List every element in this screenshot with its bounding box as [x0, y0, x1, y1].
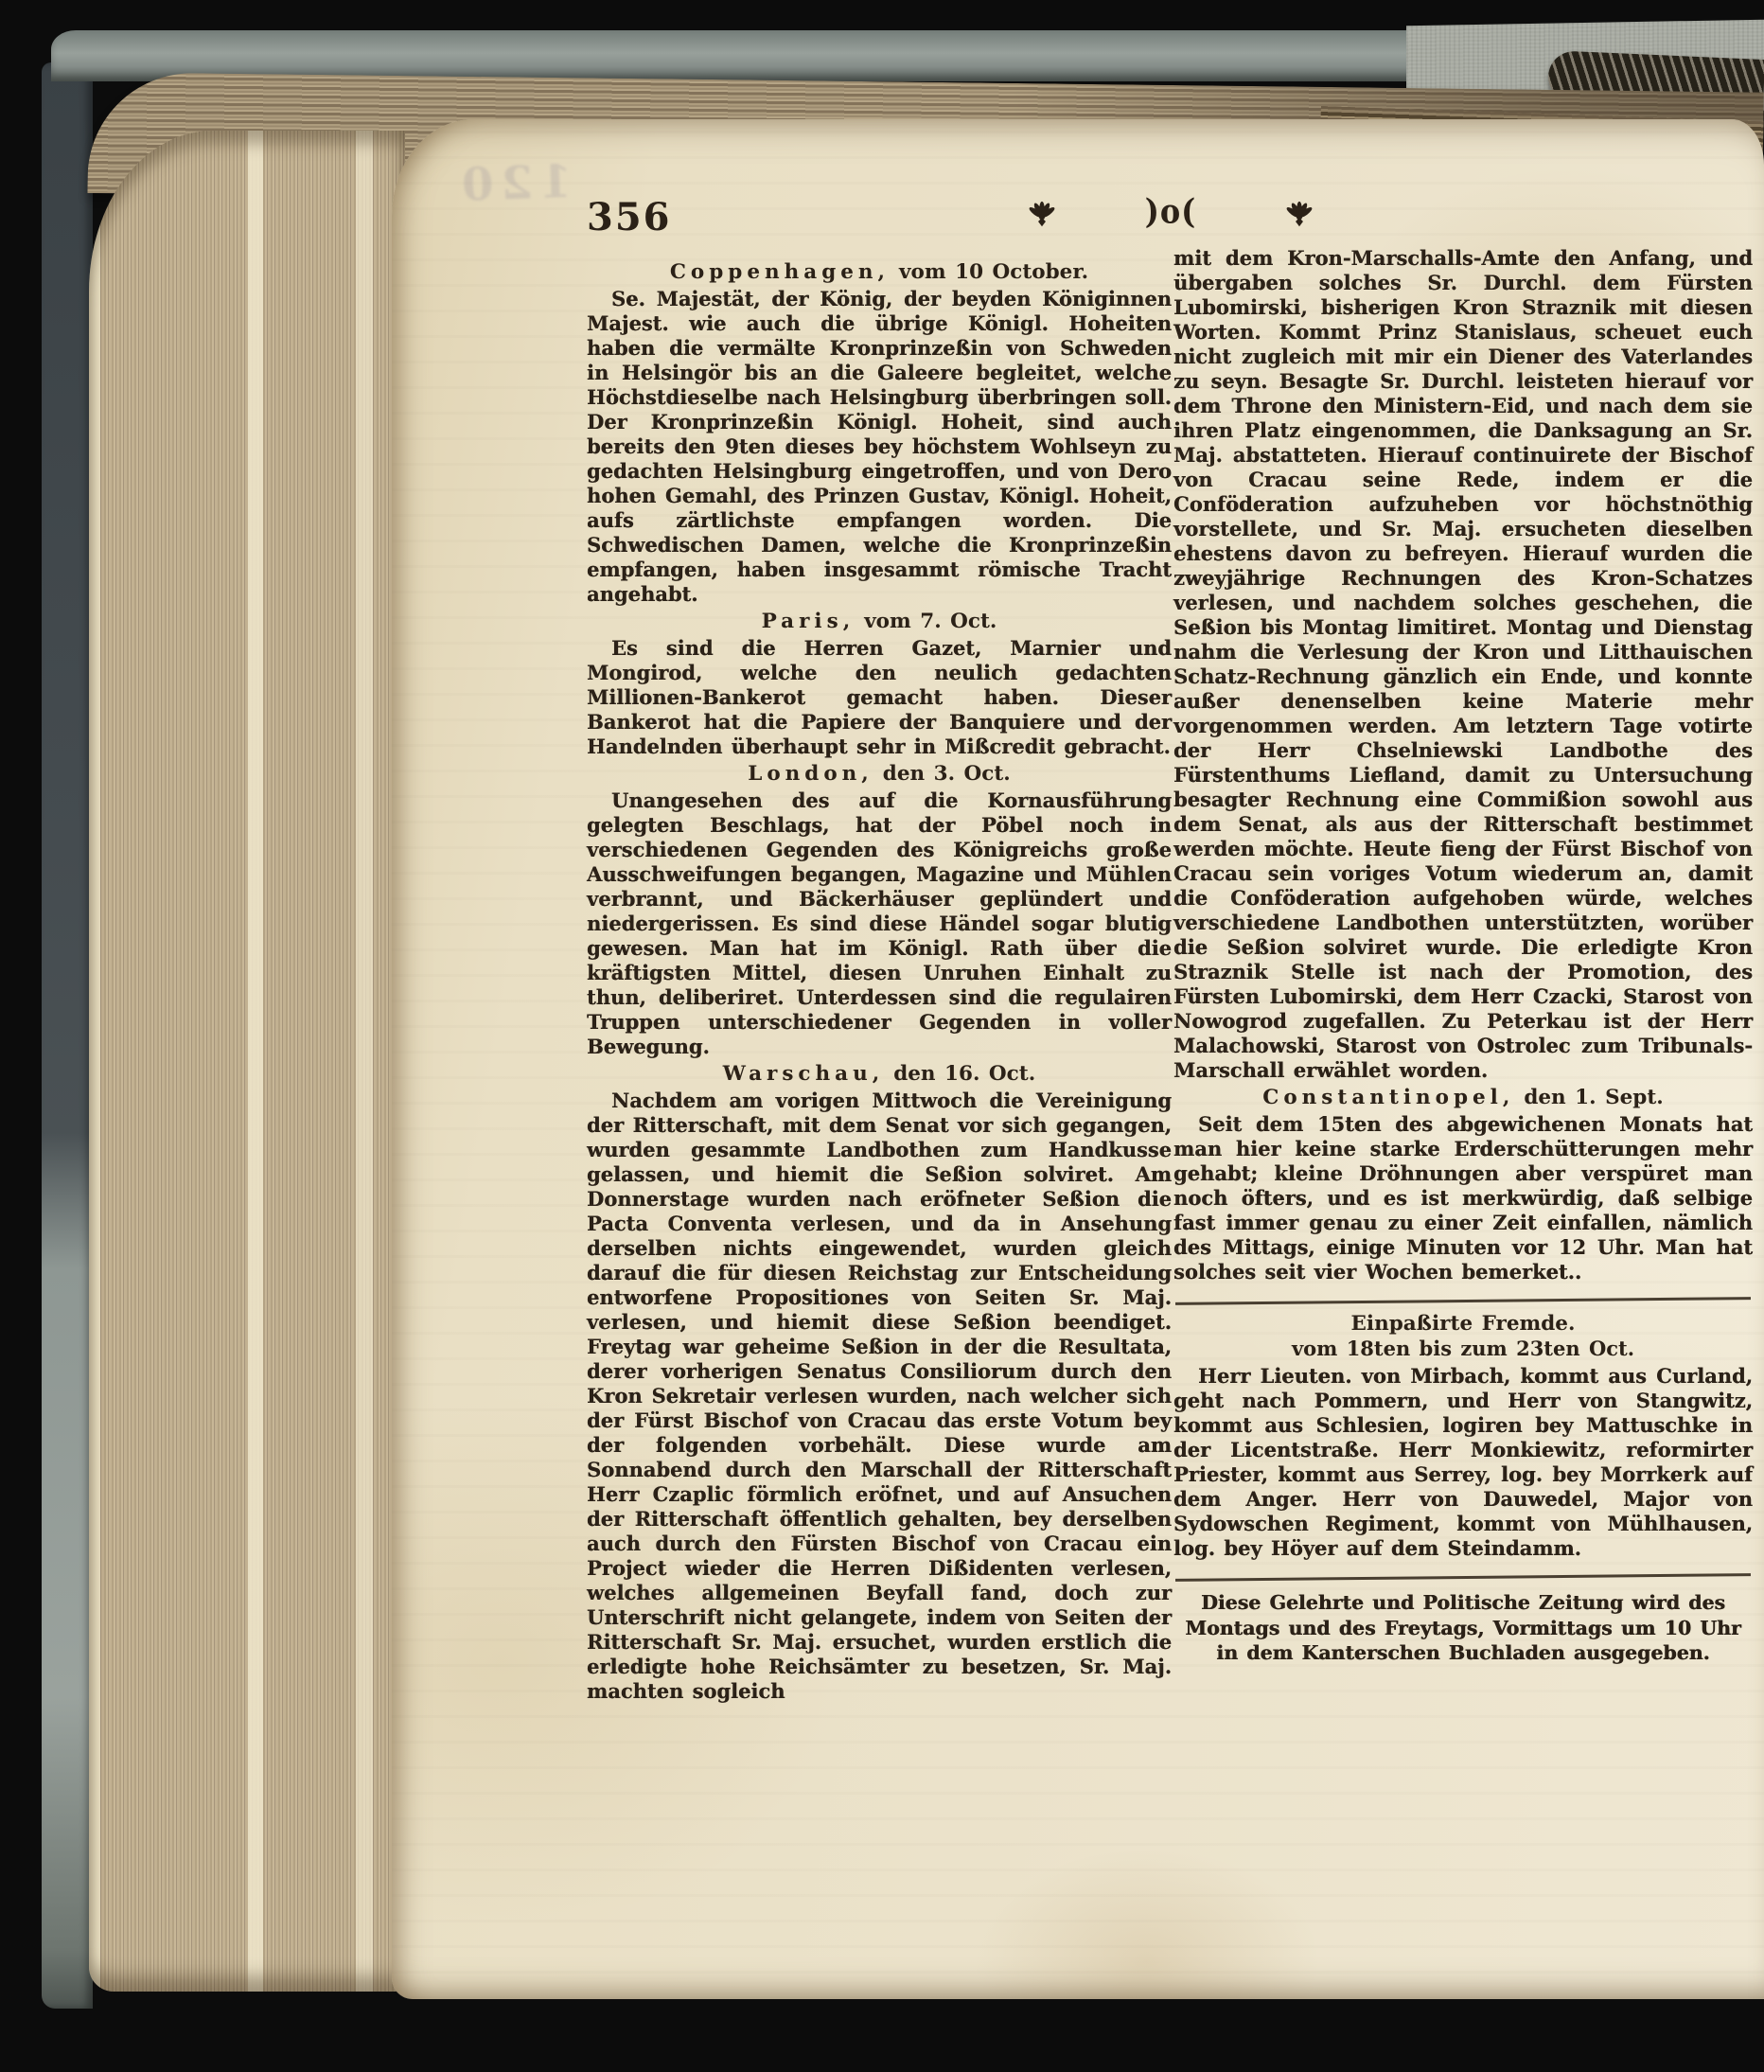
section-divider — [1175, 1573, 1751, 1582]
dateline-date: den 3. Oct. — [883, 762, 1011, 786]
article-heading: Warschau,den 16. Oct. — [587, 1062, 1172, 1087]
arrivals-date-range: vom 18ten bis zum 23ten Oct. — [1173, 1337, 1753, 1361]
article-coppenhagen: Coppenhagen,vom 10 October. Se. Majestät… — [587, 260, 1172, 607]
publisher-imprint: Diese Gelehrte und Politische Zeitung wi… — [1185, 1590, 1741, 1666]
ornament-separator: )o( — [1145, 191, 1197, 232]
article-heading: Constantinopel,den 1. Sept. — [1173, 1086, 1753, 1110]
dateline-date: vom 10 October. — [899, 260, 1088, 284]
page-number: 356 — [587, 195, 672, 239]
fleuron-icon — [1278, 190, 1321, 232]
article-body: Unangesehen des auf die Kornausführung g… — [587, 788, 1172, 1059]
dateline-date: den 16. Oct. — [893, 1062, 1035, 1086]
article-heading: Paris,vom 7. Oct. — [587, 610, 1172, 634]
article-body: Nachdem am vorigen Mittwoch die Vereinig… — [587, 1089, 1172, 1704]
dateline-city: Warschau, — [723, 1062, 884, 1086]
article-body: Es sind die Herren Gazet, Marnier und Mo… — [587, 636, 1172, 759]
dateline-date: vom 7. Oct. — [864, 610, 997, 633]
arrivals-section: Einpaßirte Fremde. vom 18ten bis zum 23t… — [1173, 1312, 1753, 1561]
dateline-city: Paris, — [762, 610, 856, 633]
section-divider — [1175, 1297, 1751, 1305]
book-page: 120 356 )o( — [392, 119, 1764, 1999]
bleed-through-text: 120 — [453, 155, 573, 212]
dateline-city: Coppenhagen, — [670, 260, 890, 284]
right-column: mit dem Kron-Marschalls-Amte den Anfang,… — [1173, 246, 1753, 1666]
dateline-city: Constantinopel, — [1262, 1086, 1514, 1109]
left-column: Coppenhagen,vom 10 October. Se. Majestät… — [587, 257, 1172, 1706]
article-body: Seit dem 15ten des abgewichenen Monats h… — [1173, 1112, 1753, 1284]
warschau-continuation: mit dem Kron-Marschalls-Amte den Anfang,… — [1173, 246, 1753, 1083]
page-content: 120 356 )o( — [392, 119, 1764, 1999]
header-ornaments: )o( — [1020, 186, 1321, 237]
fleuron-icon — [1020, 190, 1064, 232]
article-london: London,den 3. Oct. Unangesehen des auf d… — [587, 762, 1172, 1059]
article-body: Se. Majestät, der König, der beyden Köni… — [587, 287, 1172, 607]
arrivals-body: Herr Lieuten. von Mirbach, kommt aus Cur… — [1173, 1364, 1753, 1561]
dateline-date: den 1. Sept. — [1524, 1086, 1663, 1109]
article-warschau: Warschau,den 16. Oct. Nachdem am vorigen… — [587, 1062, 1172, 1704]
article-paris: Paris,vom 7. Oct. Es sind die Herren Gaz… — [587, 610, 1172, 759]
article-heading: London,den 3. Oct. — [587, 762, 1172, 787]
page-edges-fore — [89, 131, 405, 1992]
dateline-city: London, — [748, 762, 873, 786]
article-heading: Coppenhagen,vom 10 October. — [587, 260, 1172, 285]
book-cover-left — [42, 62, 93, 2009]
article-constantinopel: Constantinopel,den 1. Sept. Seit dem 15t… — [1173, 1086, 1753, 1284]
arrivals-heading: Einpaßirte Fremde. — [1173, 1312, 1753, 1337]
